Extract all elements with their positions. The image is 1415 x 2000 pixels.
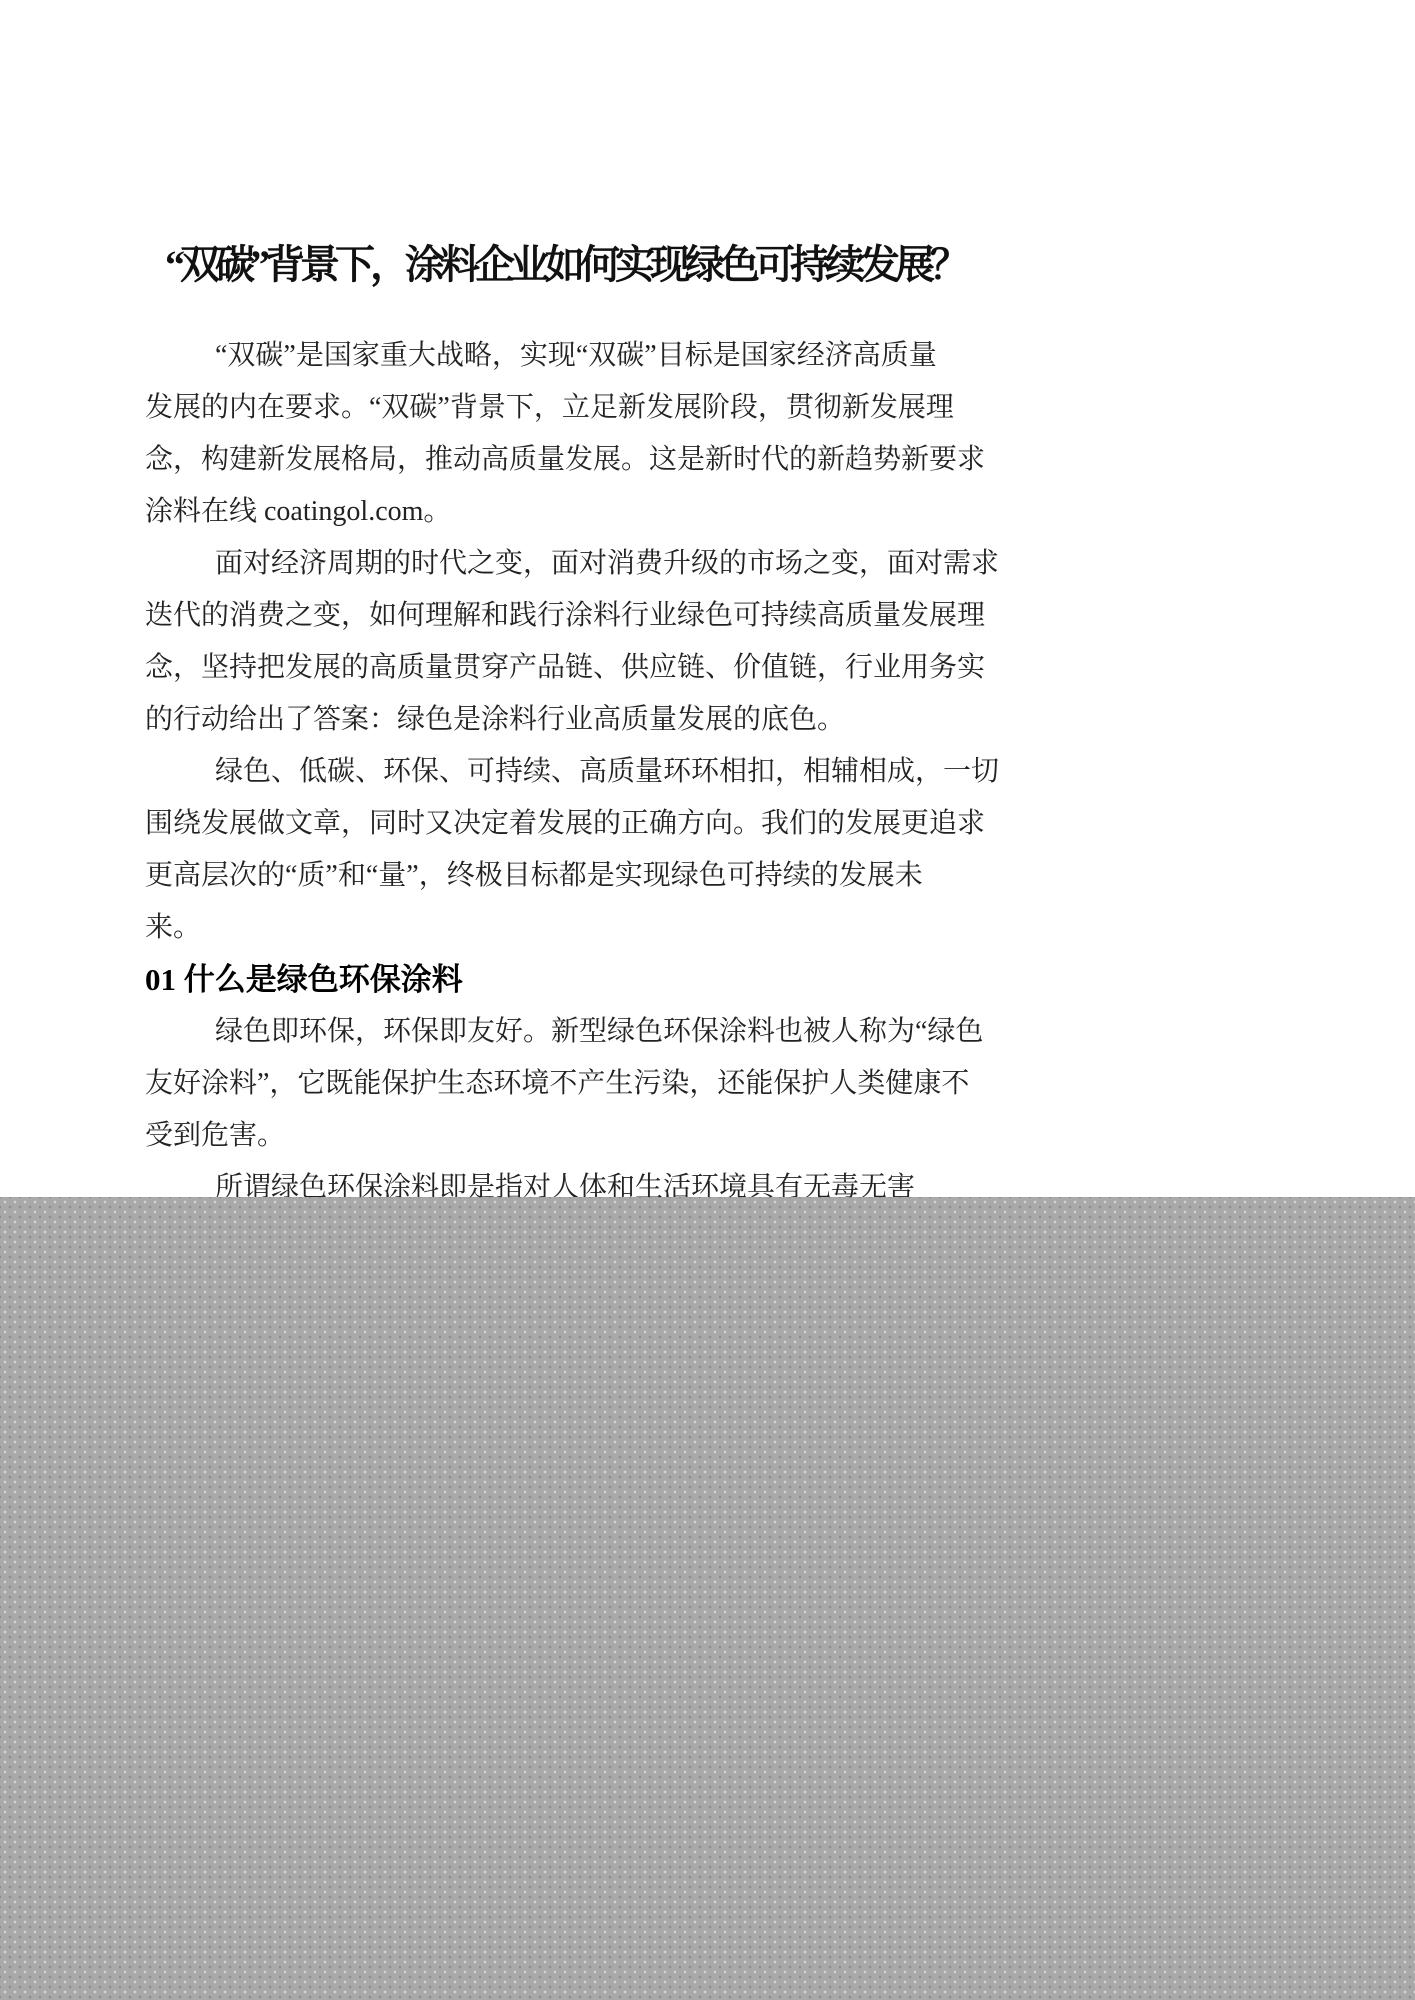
paragraph-line: 受到危害。 (145, 1110, 985, 1162)
document-title: “双碳”背景下，涂料企业如何实现绿色可持续发展？ (145, 237, 985, 293)
paragraph-line: 绿色即环保，环保即友好。新型绿色环保涂料也被人称为“绿色 (145, 1006, 985, 1058)
paragraph-line: 来。 (145, 902, 985, 954)
section-heading: 01 什么是绿色环保涂料 (145, 954, 985, 1006)
paragraph-line: 更高层次的“质”和“量”，终极目标都是实现绿色可持续的发展未 (145, 850, 985, 902)
document-page: “双碳”背景下，涂料企业如何实现绿色可持续发展？ “双碳”是国家重大战略，实现“… (0, 0, 1415, 2000)
paragraph-line: “双碳”是国家重大战略，实现“双碳”目标是国家经济高质量 (145, 330, 985, 382)
paragraph-line: 的行动给出了答案：绿色是涂料行业高质量发展的底色。 (145, 694, 985, 746)
paragraph-line: 围绕发展做文章，同时又决定着发展的正确方向。我们的发展更追求 (145, 798, 985, 850)
gray-placeholder-block (0, 1197, 1415, 2000)
paragraph-line: 绿色、低碳、环保、可持续、高质量环环相扣，相辅相成，一切 (145, 746, 985, 798)
paragraph-line: 面对经济周期的时代之变，面对消费升级的市场之变，面对需求 (145, 538, 985, 590)
document-body: “双碳”是国家重大战略，实现“双碳”目标是国家经济高质量 发展的内在要求。“双碳… (145, 330, 985, 1214)
paragraph-line: 发展的内在要求。“双碳”背景下，立足新发展阶段，贯彻新发展理 (145, 382, 985, 434)
paragraph-line: 念，坚持把发展的高质量贯穿产品链、供应链、价值链，行业用务实 (145, 642, 985, 694)
paragraph-line: 涂料在线 coatingol.com。 (145, 486, 985, 538)
paragraph-line: 友好涂料”，它既能保护生态环境不产生污染，还能保护人类健康不 (145, 1058, 985, 1110)
paragraph-line: 迭代的消费之变，如何理解和践行涂料行业绿色可持续高质量发展理 (145, 590, 985, 642)
paragraph-line: 念，构建新发展格局，推动高质量发展。这是新时代的新趋势新要求 (145, 434, 985, 486)
